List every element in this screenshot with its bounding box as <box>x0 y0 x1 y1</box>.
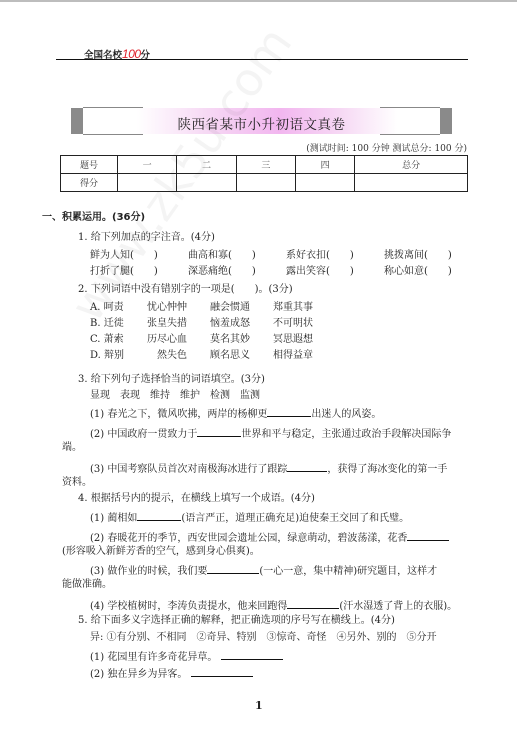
q3-sentence-2: (2) 中国政府一贯致力于世界和平与稳定，主张通过政治手段解决国际争 <box>90 425 451 442</box>
option-word: 相得益章 <box>273 349 313 363</box>
banner-line <box>380 134 440 135</box>
page-number: 1 <box>255 699 263 712</box>
score-cell[interactable] <box>295 174 354 192</box>
question-1-prompt: 1. 给下列加点的字注音。(4分) <box>78 231 215 245</box>
banner-line <box>83 134 143 135</box>
q4-sentence-3: (3) 做作业的时候，我们要(一心一意，集中精神)研究题目，这样才 <box>90 562 437 579</box>
q4-sentence-1: (1) 蔺相如(语言严正，道理正确充足)迫使秦王交回了和氏璧。 <box>90 509 409 526</box>
q1-item: 系好衣扣( ) <box>286 249 384 263</box>
q3-sentence-1: (1) 春光之下，微风吹拂，两岸的杨柳更出迷人的风姿。 <box>90 405 381 422</box>
header-cell: 四 <box>295 156 354 174</box>
sentence-text: 世界和平与稳定，主张通过政治手段解决国际争 <box>241 429 451 440</box>
option-label: C. 萧索 <box>90 333 147 347</box>
q1-item: 深恶痛绝( ) <box>188 265 286 279</box>
score-cell[interactable] <box>177 174 236 192</box>
title-banner: 陕西省某市小升初语文真卷 <box>71 106 452 136</box>
header-cell: 一 <box>118 156 177 174</box>
q1-row-1: 鲜为人知( )曲高和寡( )系好衣扣( )挑拨离间( ) <box>90 249 452 263</box>
q5-sentence-1: (1) 花园里有许多奇花异草。 <box>90 648 283 665</box>
q4-sentence-2: (2) 春暖花开的季节，西安世园会遗址公园，绿意萌动，碧波荡漾，花香 <box>90 529 449 546</box>
option-label: B. 迁徙 <box>90 317 147 331</box>
q1-item: 露出笑容( ) <box>286 265 384 279</box>
sentence-text: (汗水湿透了背上的衣服)。 <box>339 601 457 612</box>
header-cell: 三 <box>236 156 295 174</box>
q2-option-a: A. 呵责忧心忡忡融会惯通郑重其事 <box>90 301 313 315</box>
answer-blank[interactable] <box>407 529 449 541</box>
sentence-text: (一心一意，集中精神)研究题目，这样才 <box>259 566 437 577</box>
header-cell: 总分 <box>355 156 468 174</box>
q1-item: 打折了腿( ) <box>90 265 188 279</box>
sentence-text: (1) 蔺相如 <box>90 513 137 524</box>
q5-sentence-2: (2) 独在异乡为异客。 <box>90 665 253 682</box>
option-word: 郑重其事 <box>273 301 313 315</box>
q4-sentence-3-cont: 能做准确。 <box>62 578 112 592</box>
option-label: D. 辩别 <box>90 349 147 363</box>
option-word: 莫名其妙 <box>210 333 273 347</box>
sentence-text: ，获得了海冰变化的第一手 <box>327 464 447 475</box>
q3-sentence-2-cont: 端。 <box>62 441 82 455</box>
question-3-prompt: 3. 给下列句子选择恰当的词语填空。(3分) <box>78 373 265 387</box>
sentence-text: 出迷人的风姿。 <box>311 409 381 420</box>
score-table: 题号 一 二 三 四 总分 得分 <box>60 155 468 192</box>
answer-blank[interactable] <box>287 597 339 609</box>
answer-blank[interactable] <box>137 509 181 521</box>
q1-item: 曲高和寡( ) <box>188 249 286 263</box>
q3-sentence-3: (3) 中国考察队员首次对南极海冰进行了跟踪，获得了海冰变化的第一手 <box>90 460 447 477</box>
score-table-row: 得分 <box>61 174 468 192</box>
question-4-prompt: 4. 根据括号内的提示，在横线上填写一个成语。(4分) <box>78 492 315 506</box>
q1-item: 鲜为人知( ) <box>90 249 188 263</box>
header-cell: 二 <box>177 156 236 174</box>
sentence-text: (语言严正，道理正确充足)迫使秦王交回了和氏璧。 <box>181 513 409 524</box>
q1-row-2: 打折了腿( )深恶痛绝( )露出笑容( )称心如意( ) <box>90 265 452 279</box>
sentence-text: (2) 独在异乡为异客。 <box>90 669 187 680</box>
answer-blank[interactable] <box>207 562 259 574</box>
score-cell[interactable] <box>118 174 177 192</box>
page-title: 陕西省某市小升初语文真卷 <box>71 113 452 133</box>
q1-item: 称心如意( ) <box>384 265 452 279</box>
option-word: 顾名思义 <box>210 349 273 363</box>
option-word: 然失色 <box>147 349 210 363</box>
option-word: 张皇失措 <box>147 317 210 331</box>
exam-info: (测试时间: 100 分钟 测试总分: 100 分) <box>306 141 467 154</box>
sentence-text: (1) 春光之下，微风吹拂，两岸的杨柳更 <box>90 409 267 420</box>
question-5-prompt: 5. 给下面多义字选择正确的解释，把正确选项的序号写在横线上。(4分) <box>78 614 395 628</box>
option-word: 不可明状 <box>273 317 313 331</box>
answer-blank[interactable] <box>287 460 327 472</box>
q1-item: 挑拨离间( ) <box>384 249 452 263</box>
q4-sentence-2-cont: (形容吸入新鲜芳香的空气，感到身心俱爽)。 <box>62 545 260 559</box>
sentence-text: (2) 中国政府一贯致力于 <box>90 429 197 440</box>
option-word: 融会惯通 <box>210 301 273 315</box>
sentence-text: (3) 做作业的时候，我们要 <box>90 566 207 577</box>
q4-sentence-4: (4) 学校植树时，李涛负责提水，他来回跑得(汗水湿透了背上的衣服)。 <box>90 597 457 614</box>
score-table-header-row: 题号 一 二 三 四 总分 <box>61 156 468 174</box>
question-2-prompt: 2. 下列词语中没有错别字的一项是( )。(3分) <box>78 283 293 297</box>
q5-meanings: 异: ①有分别、不相同 ②奇异、特别 ③惊奇、奇怪 ④另外、别的 ⑤分开 <box>90 631 437 645</box>
header-cell: 题号 <box>61 156 118 174</box>
option-label: A. 呵责 <box>90 301 147 315</box>
sentence-text: (2) 春暖花开的季节，西安世园会遗址公园，绿意萌动，碧波荡漾，花香 <box>90 533 407 544</box>
answer-blank[interactable] <box>191 665 253 677</box>
header-rule <box>56 59 468 60</box>
banner-line <box>83 107 143 108</box>
answer-blank[interactable] <box>197 425 241 437</box>
q2-option-d: D. 辩别 然失色顾名思义相得益章 <box>90 349 313 363</box>
q2-option-c: C. 萧索历尽心血莫名其妙冥思遐想 <box>90 333 313 347</box>
q3-sentence-3-cont: 资料。 <box>62 476 92 490</box>
answer-blank[interactable] <box>221 648 283 660</box>
option-word: 忧心忡忡 <box>147 301 210 315</box>
answer-blank[interactable] <box>267 405 311 417</box>
q2-option-b: B. 迁徙张皇失措恼羞成怒不可明状 <box>90 317 313 331</box>
banner-line <box>380 107 440 108</box>
score-cell[interactable] <box>355 174 468 192</box>
q3-word-bank: 显现 表现 维持 维护 检测 监测 <box>90 389 260 403</box>
sentence-text: (3) 中国考察队员首次对南极海冰进行了跟踪 <box>90 464 287 475</box>
option-word: 恼羞成怒 <box>210 317 273 331</box>
sentence-text: (1) 花园里有许多奇花异草。 <box>90 652 217 663</box>
score-cell[interactable] <box>236 174 295 192</box>
row-label: 得分 <box>61 174 118 192</box>
sentence-text: (4) 学校植树时，李涛负责提水，他来回跑得 <box>90 601 287 612</box>
option-word: 历尽心血 <box>147 333 210 347</box>
option-word: 冥思遐想 <box>273 333 313 347</box>
top-border <box>0 0 517 2</box>
section-heading: 一、积累运用。(36分) <box>42 211 145 225</box>
